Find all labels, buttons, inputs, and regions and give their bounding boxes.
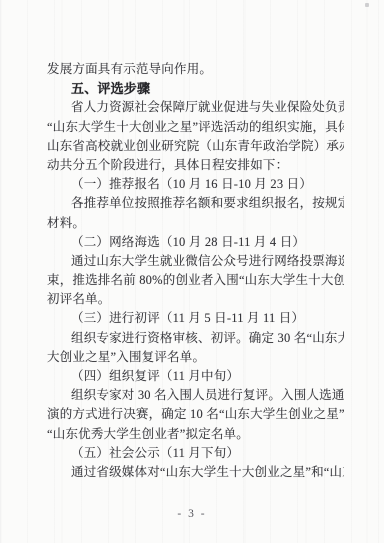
text-line: 组织专家对 30 名入围人员进行复评。入围人选通过项目路 [47,386,344,405]
text-line: （一）推荐报名（10 月 16 日-10 月 23 日） [47,175,344,194]
text-line: （二）网络海选（10 月 28 日-11 月 4 日） [47,233,344,252]
text-line: 通过山东大学生就业微信公众号进行网络投票海选，投票结 [47,252,344,271]
section-heading: 五、评选步骤 [47,79,344,98]
text-line: （四）组织复评（11 月中旬） [47,367,344,386]
text-line: （三）进行初评（11 月 5 日-11 月 11 日） [47,309,344,328]
text-line: 动共分五个阶段进行，具体日程安排如下： [47,156,344,175]
document-page: 发展方面具有示范导向作用。五、评选步骤省人力资源社会保障厅就业促进与失业保险处负… [0,0,384,543]
text-line: 组织专家进行资格审核、初评。确定 30 名“山东大学生十 [47,329,344,348]
page-number: - 3 - [0,508,384,520]
text-line: （五）社会公示（11 月下旬） [47,444,344,463]
text-line: 发展方面具有示范导向作用。 [47,60,344,79]
document-lines: 发展方面具有示范导向作用。五、评选步骤省人力资源社会保障厅就业促进与失业保险处负… [47,60,344,482]
text-line: 通过省级媒体对“山东大学生十大创业之星”和“山东优秀 [47,463,344,482]
text-line: 束，推选排名前 80%的创业者入围“山东大学生十大创业之星” [47,271,344,290]
scan-speck [365,3,369,7]
text-line: 演的方式进行决赛，确定 10 名“山东大学生创业之星”和 20 名 [47,405,344,424]
text-line: 大创业之星”入围复评名单。 [47,348,344,367]
text-line: 各推荐单位按照推荐名额和要求组织报名，按规定上报推荐 [47,194,344,213]
text-line: 材料。 [47,214,344,233]
text-line: 省人力资源社会保障厅就业促进与失业保险处负责第五届 [47,98,344,117]
text-line: 山东省高校就业创业研究院（山东青年政治学院）承办。评选活 [47,137,344,156]
text-line: “山东优秀大学生创业者”拟定名单。 [47,425,344,444]
text-line: “山东大学生十大创业之星”评选活动的组织实施，具体活动由 [47,118,344,137]
text-line: 初评名单。 [47,290,344,309]
